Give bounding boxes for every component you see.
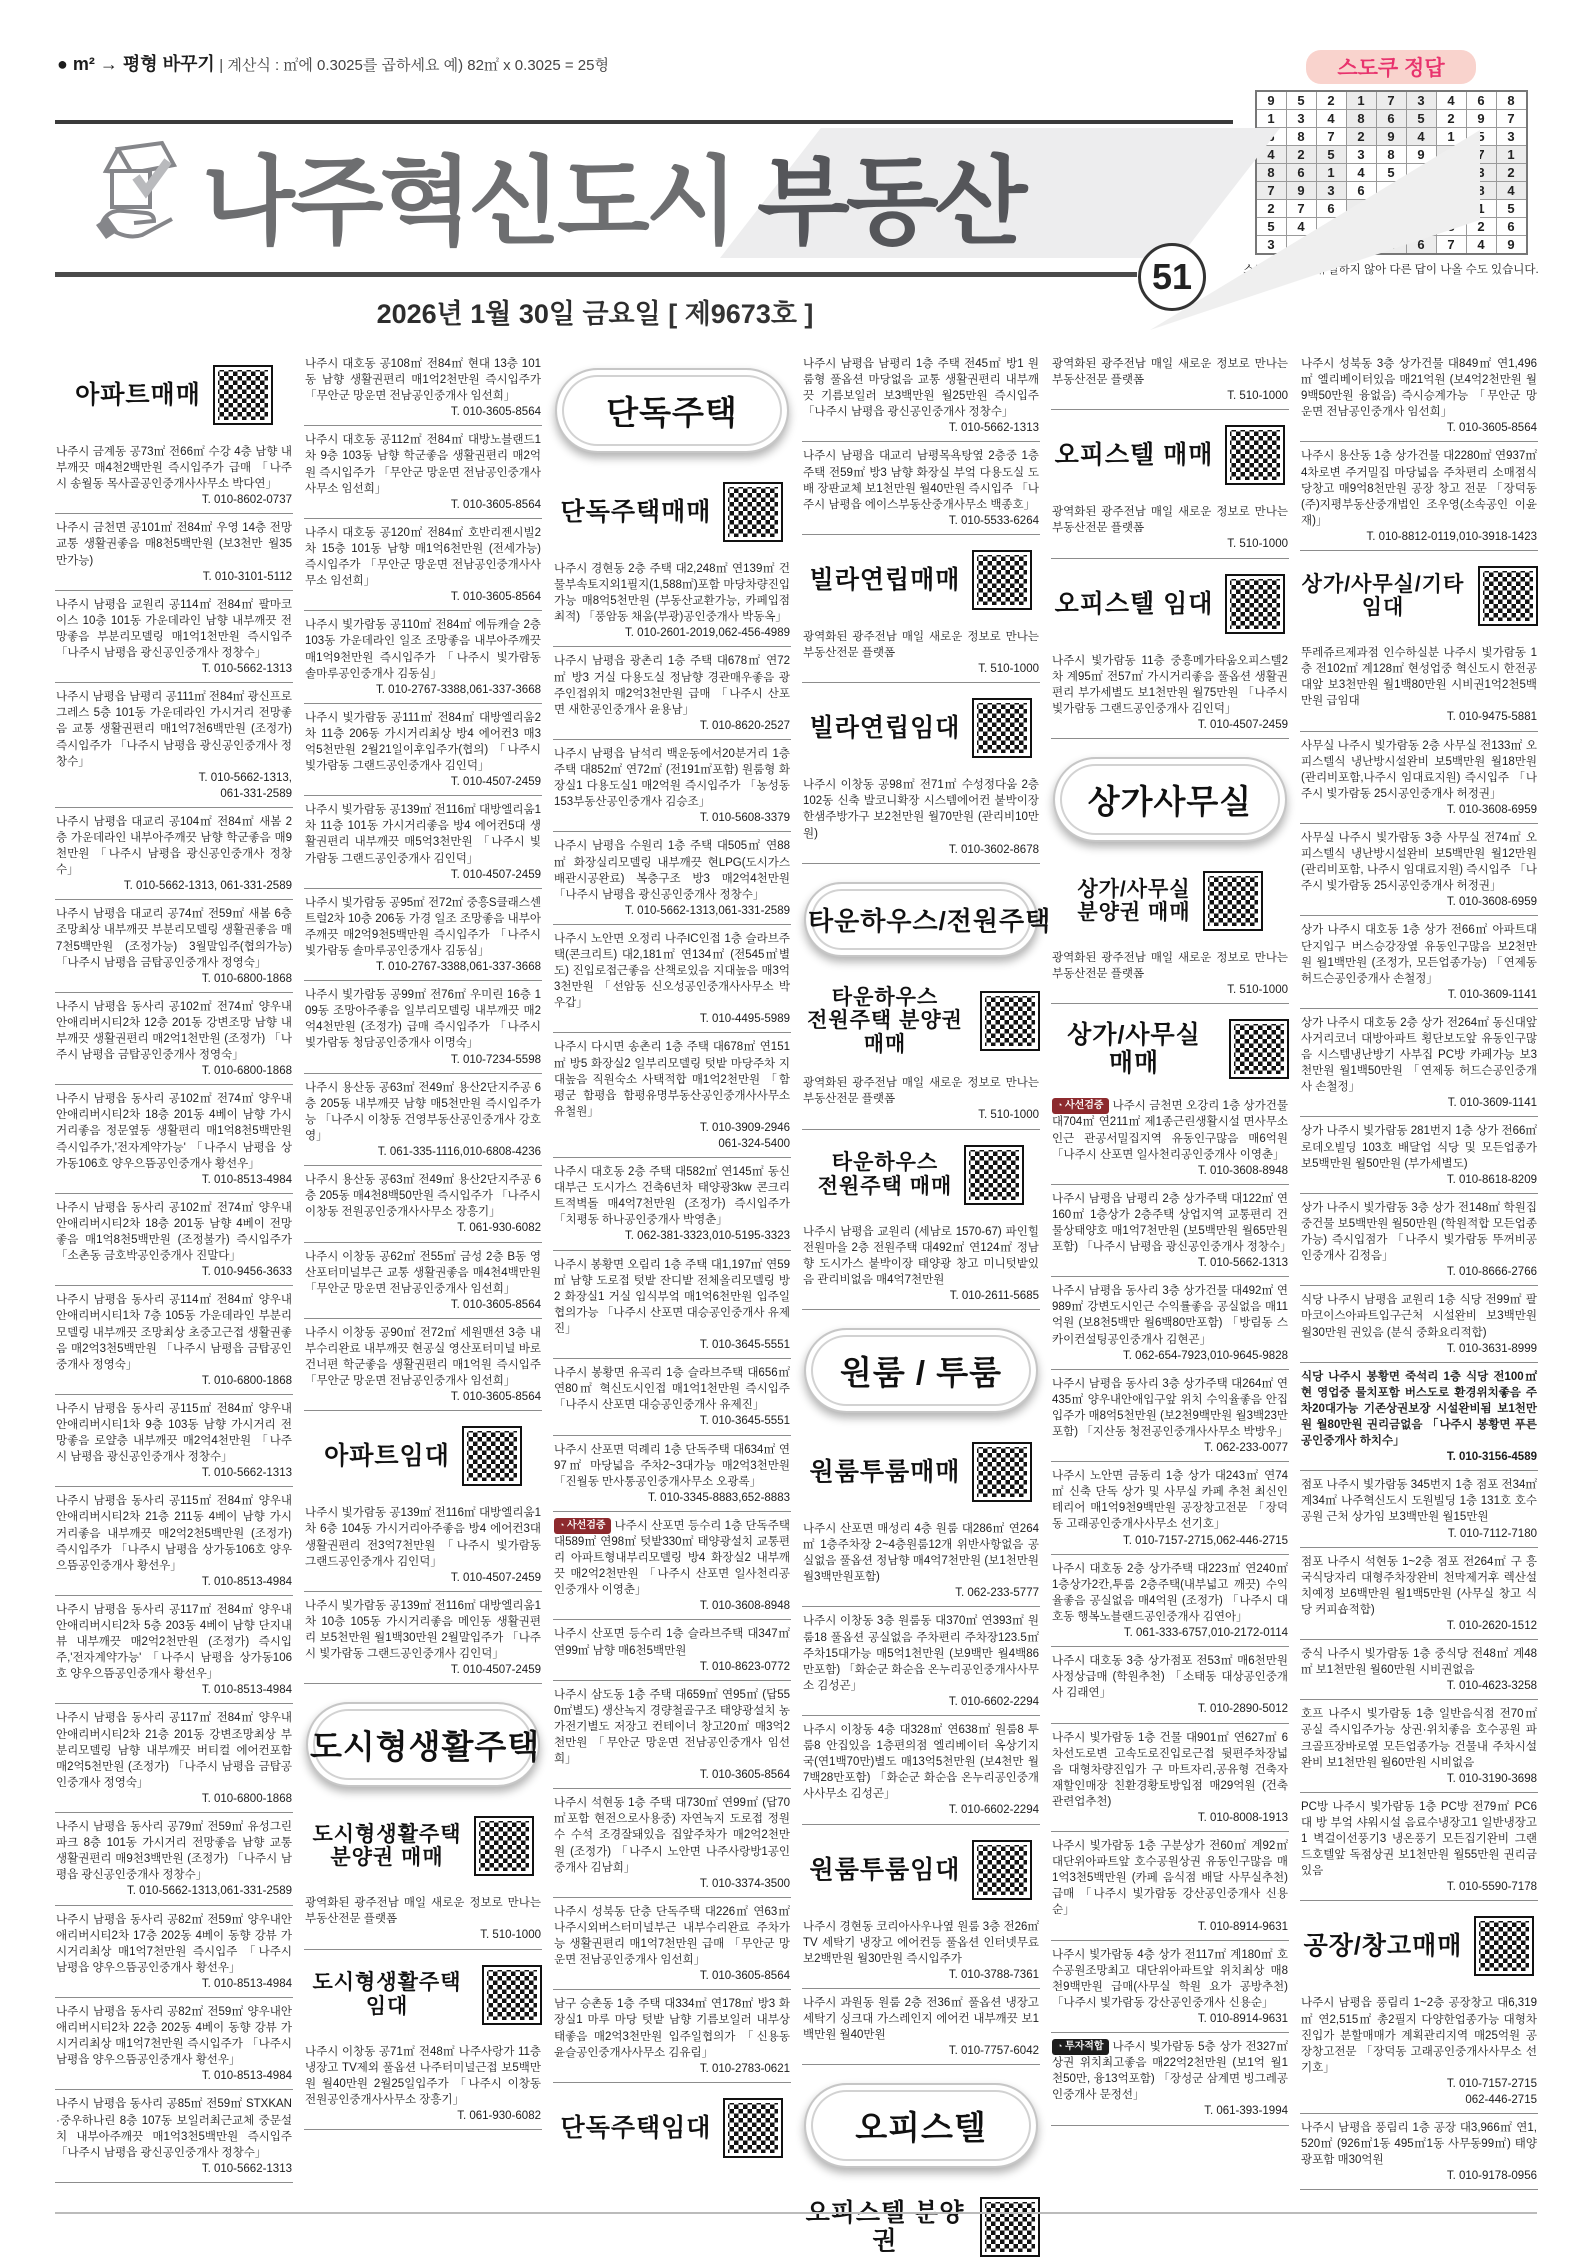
ad-listing: 상가 나주시 빛가람동 281번지 1층 상가 전66㎡ 로데오빌딩 103호 … (1300, 1117, 1538, 1193)
ad-listing: 나주시 빛가람동 1층 건물 대901㎡ 연627㎡ 6차선도로변 고속도로진입… (1051, 1724, 1289, 1833)
sudoku-cell: 4 (1496, 182, 1527, 200)
sudoku-cell: 6 (1466, 91, 1496, 110)
qr-code-icon (972, 698, 1032, 758)
ad-listing: 나주시 봉황면 오림리 1층 주택 대1,197㎡ 연59㎡ 남향 도로접 텃밭… (553, 1251, 791, 1360)
platform-note: 광역화된 광주전남 매일 새로운 정보로 만나는 부동산전문 플랫폼T. 510… (1051, 944, 1289, 1004)
sudoku-cell: 5 (1406, 110, 1436, 128)
sudoku-cell: 9 (1466, 110, 1496, 128)
qr-code-icon (1229, 1019, 1289, 1079)
ad-phone: T. 010-7157-2715 062-446-2715 (1301, 2076, 1537, 2108)
ad-listing: 중식 나주시 빛가람동 1층 중식당 전48㎡ 계48㎡ 보1천만원 월60만원… (1300, 1640, 1538, 1700)
platform-note: 광역화된 광주전남 매일 새로운 정보로 만나는 부동산전문 플랫폼T. 510… (802, 1069, 1040, 1129)
section-title: 타운하우스 전원주택 매매 (818, 1151, 953, 1198)
sudoku-cell: 3 (1286, 110, 1316, 128)
ad-listing: 나주시 남평읍 동사리 3층 상가주택 대264㎡ 연435㎡ 양우내안애입구앞… (1051, 1370, 1289, 1462)
qr-code-icon (1478, 566, 1538, 626)
ad-phone: T. 010-3605-8564 (305, 1389, 541, 1405)
sudoku-cell: 7 (1496, 110, 1527, 128)
ad-listing: 나주시 남평읍 광촌리 1층 주택 대678㎡ 연72㎡ 방3 거실 다용도실 … (553, 647, 791, 739)
qr-code-icon (723, 482, 783, 542)
ad-listing: 나주시 대호동 공120㎡ 전84㎡ 호반리젠시빌2차 15층 101동 남향 … (304, 519, 542, 611)
ad-phone: T. 510-1000 (1052, 388, 1288, 404)
column-2: 나주시 대호동 공108㎡ 전84㎡ 현대 13층 101동 남향 생활권편리 … (304, 350, 542, 2268)
ad-listing: 나주시 남평읍 동사리 공102㎡ 전74㎡ 양우내안애리버시티2차 18층 2… (55, 1194, 293, 1286)
section-title: 상가/사무실 분양권 매매 (1077, 878, 1190, 925)
ad-listing: 사무실 나주시 빛가람동 2층 사무실 전133㎡ 오피스텔식 냉난방시설완비 … (1300, 732, 1538, 824)
ad-phone: T. 010-4507-2459 (305, 1570, 541, 1586)
category-badge: 오피스텔 (804, 2083, 1038, 2168)
ad-phone: T. 010-2601-2019,062-456-4989 (554, 625, 790, 641)
ad-listing: 나주시 과원동 원룸 2층 전36㎡ 풀옵션 냉장고 세탁기 싱크대 가스레인지… (802, 1989, 1040, 2065)
sudoku-cell: 7 (1286, 200, 1316, 218)
section-header: 오피스텔 분양권 (802, 2182, 1040, 2268)
ad-listing: 나주시 산포면 덕례리 1층 단독주택 대634㎡ 연97㎡ 마당넓음 주차2~… (553, 1436, 791, 1512)
ad-phone: T. 010-3605-8564 (554, 1767, 790, 1783)
ad-phone: T. 062-233-5777 (803, 1585, 1039, 1601)
ad-phone: T. 061-333-6757,010-2172-0114 (1052, 1625, 1288, 1641)
ad-listing: 나주시 남평읍 동사리 3층 상가건물 대492㎡ 연989㎡ 강변도시인근 수… (1051, 1277, 1289, 1369)
ad-phone: T. 010-8513-4984 (56, 1172, 292, 1188)
ad-listing: 나주시 대호동 3층 상가점포 전53㎡ 매6천만원 사정상급매 (학원추천) … (1051, 1647, 1289, 1723)
ad-listing: 나주시 빛가람동 11층 중흥메가타움오피스텔2차 계95㎡ 전57㎡ 가시거리… (1051, 647, 1289, 739)
sudoku-cell: 1 (1496, 146, 1527, 164)
ad-phone: T. 010-5590-7178 (1301, 1879, 1537, 1895)
ad-phone: T. 010-3374-3500 (554, 1876, 790, 1892)
ad-phone: T. 010-5662-1313,061-331-2589 (56, 1883, 292, 1899)
ad-phone: T. 510-1000 (1052, 536, 1288, 552)
house-in-hand-logo-icon (88, 139, 184, 251)
ad-listing: 나주시 남평읍 대교리 공74㎡ 전59㎡ 새봄 6층 조망최상 내부깨끗 부분… (55, 900, 293, 992)
section-header: 타운하우스 전원주택 매매 (802, 1130, 1040, 1218)
verification-chip-icon: 사선검증 (1052, 1098, 1109, 1114)
ad-phone: T. 010-8812-0119,010-3918-1423 (1301, 529, 1537, 545)
section-title: 타운하우스 전원주택 분양권 매매 (802, 986, 968, 1057)
section-title: 아파트매매 (75, 381, 201, 409)
dateline: 2026년 1월 30일 금요일 [ 제9673호 ] (55, 292, 1135, 331)
ad-listing: 나주시 다시면 송촌리 1층 주택 대678㎡ 연151㎡ 방5 화장실2 일부… (553, 1033, 791, 1158)
ad-listing: 나주시 경현동 2층 주택 대2,248㎡ 연139㎡ 건물부속토지외1필지(1… (553, 555, 791, 647)
ad-phone: T. 010-3909-2946 061-324-5400 (554, 1120, 790, 1152)
section-header: 상가/사무실 분양권 매매 (1051, 856, 1289, 944)
ad-phone: T. 010-9178-0956 (1301, 2168, 1537, 2184)
ad-listing: 나주시 노안면 오정리 나주IC인접 1층 슬라브주택(콘크리트) 대2,181… (553, 925, 791, 1034)
sudoku-cell: 7 (1256, 182, 1287, 200)
ad-listing: 나주시 남평읍 풍림리 1층 공장 대3,966㎡ 연1,520㎡ (926㎡1… (1300, 2114, 1538, 2190)
ad-listing: 상가 나주시 대호동 1층 상가 전66㎡ 아파트대단지입구 버스승강장옆 유동… (1300, 916, 1538, 1008)
ad-phone: T. 010-2767-3388,061-337-3668 (305, 959, 541, 975)
ad-phone: T. 010-7112-7180 (1301, 1526, 1537, 1542)
qr-code-icon (482, 1965, 542, 2025)
ad-listing: 나주시 남평읍 동사리 공82㎡ 전59㎡ 양우내안애리버시티2차 17층 20… (55, 1906, 293, 1998)
ad-phone: T. 062-654-7923,010-9645-9828 (1052, 1348, 1288, 1364)
section-title: 원룸투룸매매 (810, 1458, 961, 1486)
column-3: 단독주택단독주택매매나주시 경현동 2층 주택 대2,248㎡ 연139㎡ 건물… (553, 350, 791, 2268)
qr-code-icon (1225, 574, 1285, 634)
ad-listing: 나주시 빛가람동 공139㎡ 전116㎡ 대방엘리움1차 11층 101동 가시… (304, 796, 542, 888)
ad-listing: 나주시 용산동 1층 상가건물 대2280㎡ 연937㎡ 4차로변 주거밀집 마… (1300, 442, 1538, 551)
sudoku-cell: 7 (1376, 91, 1406, 110)
section-title: 오피스텔 분양권 (802, 2199, 968, 2255)
sudoku-cell: 6 (1376, 110, 1406, 128)
ad-phone: T. 010-8513-4984 (56, 1976, 292, 1992)
ad-phone: T. 010-7234-5598 (305, 1052, 541, 1068)
ad-phone: T. 010-4507-2459 (305, 1662, 541, 1678)
ad-listing: 나주시 남평읍 동사리 공117㎡ 전84㎡ 양우내안애리버시티2차 21층 2… (55, 1704, 293, 1813)
ad-phone: T. 010-5662-1313, 061-331-2589 (56, 878, 292, 894)
ad-listing: 나주시 남평읍 풍림리 1~2층 공장창고 대6,319㎡ 연2,515㎡ 총2… (1300, 1989, 1538, 2114)
ad-phone: T. 010-8008-1913 (1052, 1810, 1288, 1826)
sudoku-cell: 1 (1346, 91, 1376, 110)
masthead: 나주혁신도시 부동산 (88, 126, 1023, 263)
ad-listing: 나주시 이창동 공98㎡ 전71㎡ 수성정다움 2층 102동 신축 발코니확장… (802, 771, 1040, 863)
platform-note: 광역화된 광주전남 매일 새로운 정보로 만나는 부동산전문 플랫폼T. 510… (802, 623, 1040, 683)
ad-phone: T. 010-5662-1313 (56, 661, 292, 677)
ad-phone: T. 510-1000 (803, 661, 1039, 677)
ad-listing: 나주시 성북동 단층 단독주택 대226㎡ 연63㎡ 나주시외버스터미널부근 내… (553, 1898, 791, 1990)
qr-code-icon (964, 1145, 1024, 1205)
sudoku-cell: 4 (1466, 236, 1496, 255)
sudoku-cell: 8 (1346, 110, 1376, 128)
section-title: 상가/사무실 매매 (1051, 1021, 1217, 1077)
ad-listing: 점포 나주시 빛가람동 345번지 1층 점포 전34㎡ 계34㎡ 나주혁신도시… (1300, 1471, 1538, 1547)
ad-phone: T. 010-3605-8564 (1301, 420, 1537, 436)
qr-code-icon (980, 2197, 1040, 2257)
ad-listing: 나주시 빛가람동 공139㎡ 전116㎡ 대방엘리움1차 10층 105동 가시… (304, 1592, 542, 1684)
sudoku-cell: 7 (1436, 236, 1466, 255)
sudoku-cell: 1 (1316, 164, 1346, 182)
qr-code-icon (474, 1816, 534, 1876)
sudoku-cell: 9 (1376, 128, 1406, 146)
ad-listing: 호프 나주시 빛가람동 1층 일반음식점 전70㎡ 공실 즉시입주가능 상권·위… (1300, 1700, 1538, 1792)
ad-phone: T. 010-5608-3379 (554, 810, 790, 826)
ad-listing: 나주시 금천면 공101㎡ 전84㎡ 우영 14층 전망 교통 생활권좋음 매8… (55, 514, 293, 590)
section-title: 단독주택임대 (561, 2114, 712, 2142)
section-title: 원룸투룸임대 (810, 1856, 961, 1884)
sudoku-cell: 2 (1256, 200, 1287, 218)
ad-phone: T. 061-393-1994 (1052, 2103, 1288, 2119)
sudoku-cell: 2 (1316, 91, 1346, 110)
sudoku-cell: 2 (1346, 128, 1376, 146)
sudoku-cell: 6 (1286, 164, 1316, 182)
category-badge: 원룸 / 투룸 (804, 1328, 1038, 1413)
qr-code-icon (1474, 1916, 1534, 1976)
ad-listing: 나주시 남평읍 동사리 공114㎡ 전84㎡ 양우내안애리버시티1차 7층 10… (55, 1286, 293, 1395)
page-number-badge: 51 (1138, 243, 1206, 311)
unit-conversion-bar: ● m² → 평형 바꾸기 | 계산식 : ㎡에 0.3025를 곱하세요 예)… (57, 50, 609, 76)
sudoku-cell: 8 (1376, 146, 1406, 164)
section-header: 단독주택임대 (553, 2083, 791, 2171)
ad-listing: 나주시 경현동 코리아사우나옆 원룸 3층 전26㎡ TV 세탁기 냉장고 에어… (802, 1913, 1040, 1989)
ad-listing: 나주시 삼도동 1층 주택 대659㎡ 연95㎡ (답550㎡별도) 생산녹지 … (553, 1681, 791, 1790)
ad-phone: T. 010-2783-0621 (554, 2061, 790, 2077)
section-header: 상가/사무실 매매 (1051, 1004, 1289, 1092)
sudoku-cell: 8 (1286, 128, 1316, 146)
section-header: 오피스텔 임대 (1051, 559, 1289, 647)
ad-phone: T. 010-8914-9631 (1052, 1919, 1288, 1935)
ad-phone: T. 062-381-3323,010-5195-3323 (554, 1228, 790, 1244)
ad-phone: T. 010-4623-3258 (1301, 1678, 1537, 1694)
ad-listing: 나주시 남평읍 대교리 남평목욕탕옆 2층중 1층 주택 전59㎡ 방3 남향 … (802, 442, 1040, 534)
ad-listing: 나주시 이창동 4층 대328㎡ 연638㎡ 원룸8 투룸8 안집있음 1층편의… (802, 1716, 1040, 1825)
category-badge: 타운하우스/전원주택 (804, 882, 1038, 957)
ad-listing: 나주시 이창동 공71㎡ 전48㎡ 나주사랑가 11층 냉장고 TV제외 풀옵션… (304, 2038, 542, 2130)
ad-listing: 나주시 남평읍 수원리 1층 주택 대505㎡ 연88㎡ 화장실리모델링 내부깨… (553, 832, 791, 924)
sudoku-cell: 4 (1406, 128, 1436, 146)
ad-listing: 상가 나주시 대호동 2층 상가 전264㎡ 동신대앞 사거리코너 대방아파트 … (1300, 1009, 1538, 1118)
section-title: 도시형생활주택 분양권 매매 (312, 1823, 461, 1870)
ad-phone: T. 510-1000 (305, 1927, 541, 1943)
sudoku-cell: 5 (1256, 218, 1287, 236)
ad-phone: T. 010-3101-5112 (56, 569, 292, 585)
conversion-label: ● m² → 평형 바꾸기 (57, 54, 215, 74)
ad-phone: T. 010-5662-1313 (1052, 1255, 1288, 1271)
ad-phone: T. 010-6602-2294 (803, 1694, 1039, 1710)
qr-code-icon (1203, 871, 1263, 931)
ad-phone: T. 010-8620-2527 (554, 718, 790, 734)
ad-phone: T. 010-6602-2294 (803, 1802, 1039, 1818)
section-header: 단독주택매매 (553, 467, 791, 555)
ad-listing: 나주시 남평읍 동사리 공82㎡ 전59㎡ 양우내안애리버시티2차 22층 20… (55, 1998, 293, 2090)
sudoku-cell: 4 (1346, 164, 1376, 182)
ad-listing: 나주시 남평읍 남평리 공111㎡ 전84㎡ 광신프로그레스 5층 101동 가… (55, 683, 293, 808)
ad-phone: T. 010-3605-8564 (305, 589, 541, 605)
ad-phone: T. 062-233-0077 (1052, 1440, 1288, 1456)
qr-code-icon (462, 1426, 522, 1486)
ad-phone: T. 010-3605-8564 (305, 404, 541, 420)
ad-listing: 나주시 빛가람동 1층 구분상가 전60㎡ 계92㎡ 대단위아파트앞 호수공원상… (1051, 1832, 1289, 1941)
columns: 아파트매매나주시 금계동 공73㎡ 전66㎡ 수강 4층 남향 내부깨끗 매4천… (55, 350, 1537, 2268)
ad-phone: T. 010-5662-1313 (56, 1465, 292, 1481)
section-title: 단독주택매매 (561, 498, 712, 526)
section-title: 공장/창고매매 (1304, 1932, 1463, 1960)
ad-phone: T. 010-3608-6959 (1301, 894, 1537, 910)
ad-listing: 나주시 남평읍 동사리 공117㎡ 전84㎡ 양우내안애리버시티2차 5층 20… (55, 1596, 293, 1705)
issue-date: 2026년 1월 30일 금요일 (377, 299, 669, 329)
ad-listing: 나주시 남평읍 동사리 공79㎡ 전59㎡ 유성그린파크 8층 101동 가시거… (55, 1813, 293, 1905)
ad-listing: 나주시 이창동 공62㎡ 전55㎡ 금성 2층 B동 영산포터미널부근 교통 생… (304, 1243, 542, 1319)
section-header: 빌라연립임대 (802, 683, 1040, 771)
ad-listing: 나주시 봉황면 유곡리 1층 슬라브주택 대656㎡ 연80㎡ 혁신도시인접 매… (553, 1359, 791, 1435)
ad-listing: 나주시 남평읍 동사리 공115㎡ 전84㎡ 양우내안애리버시티1차 9층 10… (55, 1395, 293, 1487)
section-header: 원룸투룸임대 (802, 1825, 1040, 1913)
section-title: 오피스텔 임대 (1055, 590, 1214, 618)
ad-phone: T. 010-4507-2459 (1052, 717, 1288, 733)
section-title: 아파트임대 (324, 1442, 450, 1470)
ad-phone: T. 010-7757-6042 (803, 2043, 1039, 2059)
sudoku-cell: 5 (1286, 91, 1316, 110)
qr-code-icon (972, 550, 1032, 610)
ad-phone: T. 010-8513-4984 (56, 1682, 292, 1698)
category-badge: 상가사무실 (1053, 757, 1287, 842)
qr-code-icon (972, 1840, 1032, 1900)
sudoku-cell: 1 (1256, 110, 1287, 128)
section-header: 아파트매매 (55, 350, 293, 438)
verification-chip-icon: 사선검증 (554, 1518, 611, 1534)
ad-phone: T. 010-5662-1313 (56, 2161, 292, 2177)
ad-listing: 나주시 빛가람동 4층 상가 전117㎡ 계180㎡ 호수공원조망최고 대단위아… (1051, 1941, 1289, 2033)
ad-phone: T. 010-8623-0772 (554, 1659, 790, 1675)
ad-phone: T. 010-8513-4984 (56, 2068, 292, 2084)
ad-phone: T. 010-3609-1141 (1301, 987, 1537, 1003)
platform-note: 광역화된 광주전남 매일 새로운 정보로 만나는 부동산전문 플랫폼T. 510… (304, 1889, 542, 1949)
ad-listing: 식당 나주시 봉황면 죽석리 1층 식당 전100㎡ 현 영업중 물치포함 버스… (1300, 1363, 1538, 1472)
ad-phone: T. 010-3608-6959 (1301, 802, 1537, 818)
ad-phone: T. 010-2620-1512 (1301, 1618, 1537, 1634)
top-divider (55, 120, 1233, 124)
ad-phone: T. 010-5533-6264 (803, 513, 1039, 529)
ad-phone: T. 010-4507-2459 (305, 774, 541, 790)
title-secondary: 부동산 (757, 149, 1023, 256)
ad-listing: 나주시 남평읍 남석리 백운동에서20분거리 1층 주택 대852㎡ 연72㎡ … (553, 740, 791, 832)
ad-phone: T. 010-3605-8564 (305, 497, 541, 513)
ad-listing: 나주시 빛가람동 공110㎡ 전84㎡ 에듀캐슬 2층 103동 가운데라인 일… (304, 611, 542, 703)
qr-code-icon (213, 365, 273, 425)
ad-listing: 나주시 대호동 2층 주택 대582㎡ 연145㎡ 동신대부근 도시가스 건축6… (553, 1158, 791, 1250)
ad-phone: T. 010-8618-8209 (1301, 1172, 1537, 1188)
ad-phone: T. 010-6800-1868 (56, 1791, 292, 1807)
ad-listing: 나주시 빛가람동 공95㎡ 전72㎡ 중흥S클래스센트럴2차 10층 206동 … (304, 889, 542, 981)
section-header: 도시형생활주택 분양권 매매 (304, 1801, 542, 1889)
ad-listing: 나주시 석현동 1층 주택 대730㎡ 연99㎡ (답70㎡포함 현전으로사용중… (553, 1789, 791, 1898)
category-badge: 도시형생활주택 (306, 1702, 540, 1787)
ad-phone: T. 061-930-6082 (305, 1220, 541, 1236)
ad-listing: 나주시 빛가람동 공111㎡ 전84㎡ 대방엘리움2차 11층 206동 가시거… (304, 704, 542, 796)
ad-phone: T. 010-6800-1868 (56, 1373, 292, 1389)
section-header: 오피스텔 매매 (1051, 410, 1289, 498)
ad-phone: T. 010-5662-1313 (803, 420, 1039, 436)
ad-listing: 나주시 남평읍 남평리 2층 상가주택 대122㎡ 연160㎡ 1층상가 2층주… (1051, 1185, 1289, 1277)
ad-phone: T. 010-3605-8564 (554, 1968, 790, 1984)
ad-listing: 나주시 대호동 공112㎡ 전84㎡ 대방노블랜드1차 9층 103동 남향 학… (304, 426, 542, 518)
platform-note: 광역화된 광주전남 매일 새로운 정보로 만나는 부동산전문 플랫폼T. 510… (1051, 350, 1289, 410)
ad-phone: T. 510-1000 (803, 1107, 1039, 1123)
column-4: 나주시 남평읍 남평리 1층 주택 전45㎡ 방1 원룸형 풀옵션 마당없음 교… (802, 350, 1040, 2268)
ad-phone: T. 010-8602-0737 (56, 492, 292, 508)
section-title: 오피스텔 매매 (1055, 441, 1214, 469)
ad-phone: T. 010-3190-3698 (1301, 1771, 1537, 1787)
ad-phone: T. 010-3788-7361 (803, 1967, 1039, 1983)
ad-phone: T. 010-6800-1868 (56, 1063, 292, 1079)
sudoku-cell: 9 (1496, 236, 1527, 255)
ad-listing: 나주시 남평읍 동사리 공85㎡ 전59㎡ STXKAN·중우하나린 8층 10… (55, 2090, 293, 2182)
ad-phone: T. 510-1000 (1052, 982, 1288, 998)
conversion-formula: | 계산식 : ㎡에 0.3025를 곱하세요 예) 82㎡ x 0.3025 … (219, 57, 609, 74)
section-title: 상가/사무실/기타임대 (1300, 573, 1466, 620)
qr-code-icon (1225, 425, 1285, 485)
sudoku-cell: 9 (1256, 91, 1287, 110)
issue-number: [ 제9673호 ] (668, 299, 813, 329)
ad-listing: 뚜레쥬르제과점 인수하실분 나주시 빛가람동 1층 전102㎡ 계128㎡ 현성… (1300, 639, 1538, 731)
ad-listing: 나주시 남평읍 동사리 공102㎡ 전74㎡ 양우내안애리버시티2차 12층 2… (55, 993, 293, 1085)
qr-code-icon (972, 1442, 1032, 1502)
ad-listing: 나주시 노안면 금동리 1층 상가 대243㎡ 연74㎡ 신축 단독 상가 및 … (1051, 1462, 1289, 1554)
ad-listing: 나주시 남평읍 동사리 공115㎡ 전84㎡ 양우내안애리버시티2차 21층 2… (55, 1487, 293, 1596)
sudoku-cell: 3 (1346, 146, 1376, 164)
section-title: 도시형생활주택 임대 (304, 1971, 470, 2018)
sudoku-cell: 3 (1316, 182, 1346, 200)
masthead-divider (55, 272, 1137, 277)
ad-listing: 나주시 산포면 매성리 4층 원룸 대286㎡ 연264㎡ 1층주차장 2~4층… (802, 1515, 1040, 1607)
ad-phone: T. 010-3645-5551 (554, 1413, 790, 1429)
sudoku-cell: 8 (1496, 91, 1527, 110)
ad-listing: 사선검증나주시 금천면 오강리 1층 상가건물 대704㎡ 연211㎡ 제1종근… (1051, 1092, 1289, 1184)
ad-phone: T. 010-9475-5881 (1301, 709, 1537, 725)
ad-listing: 나주시 남평읍 교원리 공114㎡ 전84㎡ 팔마코이스 10층 101동 가운… (55, 591, 293, 683)
ad-phone: T. 010-3345-8883,652-8883 (554, 1490, 790, 1506)
sudoku-cell: 6 (1496, 218, 1527, 236)
title-primary: 나주혁신도시 (202, 149, 757, 256)
sudoku-title: 스도쿠 정답 (1306, 50, 1476, 84)
section-title: 빌라연립임대 (810, 714, 961, 742)
ad-listing: 나주시 이창동 공90㎡ 전72㎡ 세원맨션 3층 내부수리완료 내부깨끗 현공… (304, 1319, 542, 1411)
ad-phone: T. 010-3156-4589 (1301, 1449, 1537, 1465)
section-header: 공장/창고매매 (1300, 1901, 1538, 1989)
verification-chip-icon: 투자적합 (1052, 2039, 1109, 2055)
ad-listing: 나주시 이창동 3층 원룸동 대370㎡ 연393㎡ 원룸18 풀옵션 공실없음… (802, 1607, 1040, 1716)
ad-phone: T. 061-335-1116,010-6808-4236 (305, 1144, 541, 1160)
ad-phone: T. 010-3608-8948 (1052, 1163, 1288, 1179)
sudoku-cell: 9 (1286, 182, 1316, 200)
ad-listing: PC방 나주시 빛가람동 1층 PC방 전79㎡ PC6대 방 부엌 샤워시설 … (1300, 1793, 1538, 1902)
sudoku-cell: 2 (1436, 110, 1466, 128)
ad-listing: 나주시 남평읍 남평리 1층 주택 전45㎡ 방1 원룸형 풀옵션 마당없음 교… (802, 350, 1040, 442)
newspaper-page: ● m² → 평형 바꾸기 | 계산식 : ㎡에 0.3025를 곱하세요 예)… (0, 0, 1588, 2268)
section-header: 아파트임대 (304, 1411, 542, 1499)
ad-phone: T. 010-3609-1141 (1301, 1095, 1537, 1111)
ad-listing: 나주시 성북동 3층 상가건물 대849㎡ 연1,496㎡ 엘리베이터있음 매2… (1300, 350, 1538, 442)
ad-phone: T. 010-5662-1313,061-331-2589 (554, 903, 790, 919)
ad-phone: T. 010-5662-1313, 061-331-2589 (56, 770, 292, 802)
sudoku-cell: 2 (1286, 146, 1316, 164)
ad-listing: 나주시 대호동 공108㎡ 전84㎡ 현대 13층 101동 남향 생활권편리 … (304, 350, 542, 426)
section-header: 상가/사무실/기타임대 (1300, 551, 1538, 639)
ad-listing: 나주시 남평읍 동사리 공102㎡ 전74㎡ 양우내안애리버시티2차 18층 2… (55, 1085, 293, 1194)
ad-listing: 나주시 남평읍 교원리 (세남로 1570-67) 파인힐전원마을 2층 전원주… (802, 1218, 1040, 1310)
ad-phone: T. 010-3608-8948 (554, 1598, 790, 1614)
sudoku-cell: 2 (1496, 164, 1527, 182)
ad-phone: T. 010-4495-5989 (554, 1011, 790, 1027)
ad-phone: T. 010-8513-4984 (56, 1574, 292, 1590)
ad-listing: 투자적합나주시 빛가람동 5층 상가 전327㎡ 상권 위치최고좋음 매22억2… (1051, 2033, 1289, 2125)
ad-listing: 나주시 대호동 2층 상가주택 대223㎡ 연240㎡ 1층상가2칸,투룸 2층… (1051, 1555, 1289, 1647)
bottom-divider (55, 2212, 1537, 2214)
ad-phone: T. 010-3645-5551 (554, 1337, 790, 1353)
column-6: 나주시 성북동 3층 상가건물 대849㎡ 연1,496㎡ 엘리베이터있음 매2… (1300, 350, 1538, 2268)
ad-listing: 점포 나주시 석현동 1~2층 점포 전264㎡ 구 흥국식당자리 대형주차장완… (1300, 1548, 1538, 1640)
ad-listing: 나주시 빛가람동 공139㎡ 전116㎡ 대방엘리움1차 6층 104동 가시거… (304, 1499, 542, 1591)
section-title: 빌라연립매매 (810, 566, 961, 594)
ad-phone: T. 010-6800-1868 (56, 971, 292, 987)
column-5: 광역화된 광주전남 매일 새로운 정보로 만나는 부동산전문 플랫폼T. 510… (1051, 350, 1289, 2268)
ad-listing: 나주시 산포면 등수리 1층 슬라브주택 대347㎡ 연99㎡ 남향 매6천5백… (553, 1620, 791, 1680)
section-header: 타운하우스 전원주택 분양권 매매 (802, 971, 1040, 1070)
column-1: 아파트매매나주시 금계동 공73㎡ 전66㎡ 수강 4층 남향 내부깨끗 매4천… (55, 350, 293, 2268)
ad-phone: T. 010-4507-2459 (305, 867, 541, 883)
page-title: 나주혁신도시 부동산 (202, 126, 1023, 263)
ad-listing: 나주시 용산동 공63㎡ 전49㎡ 용산2단지주공 6층 205동 내부깨끗 남… (304, 1074, 542, 1166)
ad-phone: T. 010-7157-2715,062-446-2715 (1052, 1533, 1288, 1549)
sudoku-cell: 3 (1406, 91, 1436, 110)
category-badge: 단독주택 (555, 368, 789, 453)
ad-phone: T. 010-8914-9631 (1052, 2011, 1288, 2027)
ad-phone: T. 010-3605-8564 (305, 1297, 541, 1313)
sudoku-cell: 5 (1316, 146, 1346, 164)
sudoku-cell: 4 (1316, 110, 1346, 128)
qr-code-icon (980, 991, 1040, 1051)
ad-phone: T. 010-2767-3388,061-337-3668 (305, 682, 541, 698)
sudoku-cell: 3 (1496, 128, 1527, 146)
ad-listing: 사무실 나주시 빛가람동 3층 사무실 전74㎡ 오피스텔식 냉난방시설완비 보… (1300, 824, 1538, 916)
